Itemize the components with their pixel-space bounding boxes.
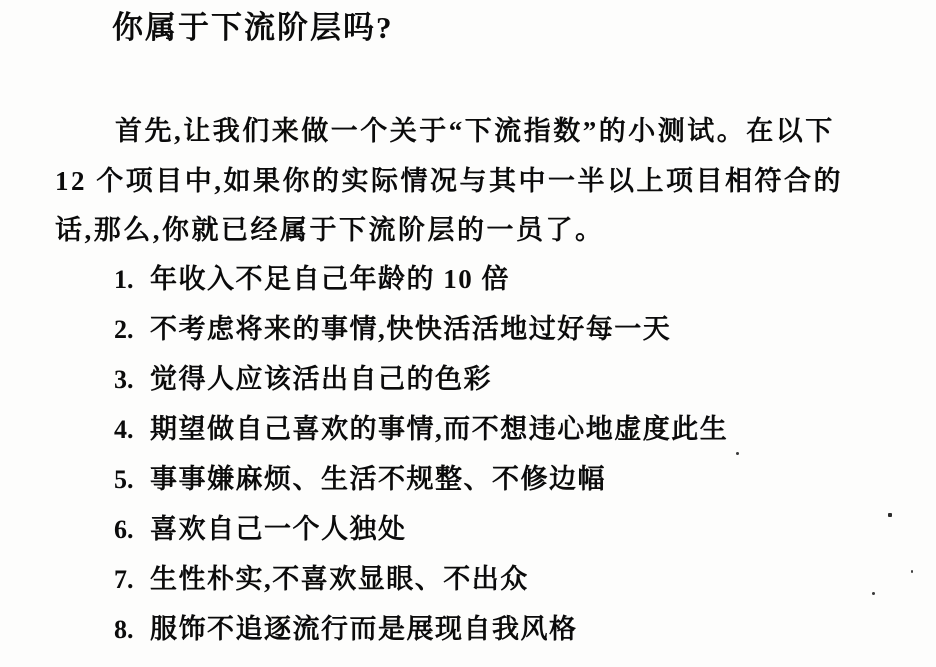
item-text: 年收入不足自己年龄的 10 倍 <box>150 264 510 294</box>
intro-paragraph: 首先,让我们来做一个关于“下流指数”的小测试。在以下 12 个项目中,如果你的实… <box>55 107 883 256</box>
item-text: 生性朴实,不喜欢显眼、不出众 <box>150 564 529 594</box>
list-item: 1.年收入不足自己年龄的 10 倍 <box>114 254 728 304</box>
test-item-list: 1.年收入不足自己年龄的 10 倍 2.不考虑将来的事情,快快活活地过好每一天 … <box>114 254 728 654</box>
item-number: 5. <box>114 455 150 505</box>
item-text: 事事嫌麻烦、生活不规整、不修边幅 <box>150 464 606 494</box>
list-item: 8.服饰不追逐流行而是展现自我风格 <box>114 604 728 654</box>
list-item: 4.期望做自己喜欢的事情,而不想违心地虚度此生 <box>114 404 728 454</box>
scan-speck <box>736 452 739 455</box>
list-item: 6.喜欢自己一个人独处 <box>114 504 728 554</box>
item-text: 喜欢自己一个人独处 <box>150 514 407 544</box>
list-item: 3.觉得人应该活出自己的色彩 <box>114 354 728 404</box>
item-text: 不考虑将来的事情,快快活活地过好每一天 <box>150 314 671 344</box>
scan-speck <box>872 592 875 595</box>
item-number: 4. <box>114 405 150 455</box>
list-item: 5.事事嫌麻烦、生活不规整、不修边幅 <box>114 454 728 504</box>
item-number: 8. <box>114 605 150 655</box>
paragraph-line-1: 首先,让我们来做一个关于“下流指数”的小测试。在以下 <box>55 107 883 157</box>
item-text: 服饰不追逐流行而是展现自我风格 <box>150 614 578 644</box>
item-number: 7. <box>114 555 150 605</box>
paragraph-line-3: 话,那么,你就已经属于下流阶层的一员了。 <box>55 206 883 256</box>
item-number: 1. <box>114 255 150 305</box>
scan-speck <box>888 513 892 517</box>
list-item: 2.不考虑将来的事情,快快活活地过好每一天 <box>114 304 728 354</box>
item-number: 6. <box>114 505 150 555</box>
book-page: 你属于下流阶层吗? 首先,让我们来做一个关于“下流指数”的小测试。在以下 12 … <box>0 0 936 667</box>
page-title: 你属于下流阶层吗? <box>112 8 394 48</box>
scan-speck <box>911 570 913 573</box>
item-number: 2. <box>114 305 150 355</box>
item-number: 3. <box>114 355 150 405</box>
item-text: 期望做自己喜欢的事情,而不想违心地虚度此生 <box>150 414 728 444</box>
list-item: 7.生性朴实,不喜欢显眼、不出众 <box>114 554 728 604</box>
paragraph-line-2: 12 个项目中,如果你的实际情况与其中一半以上项目相符合的 <box>55 157 883 207</box>
item-text: 觉得人应该活出自己的色彩 <box>150 364 492 394</box>
